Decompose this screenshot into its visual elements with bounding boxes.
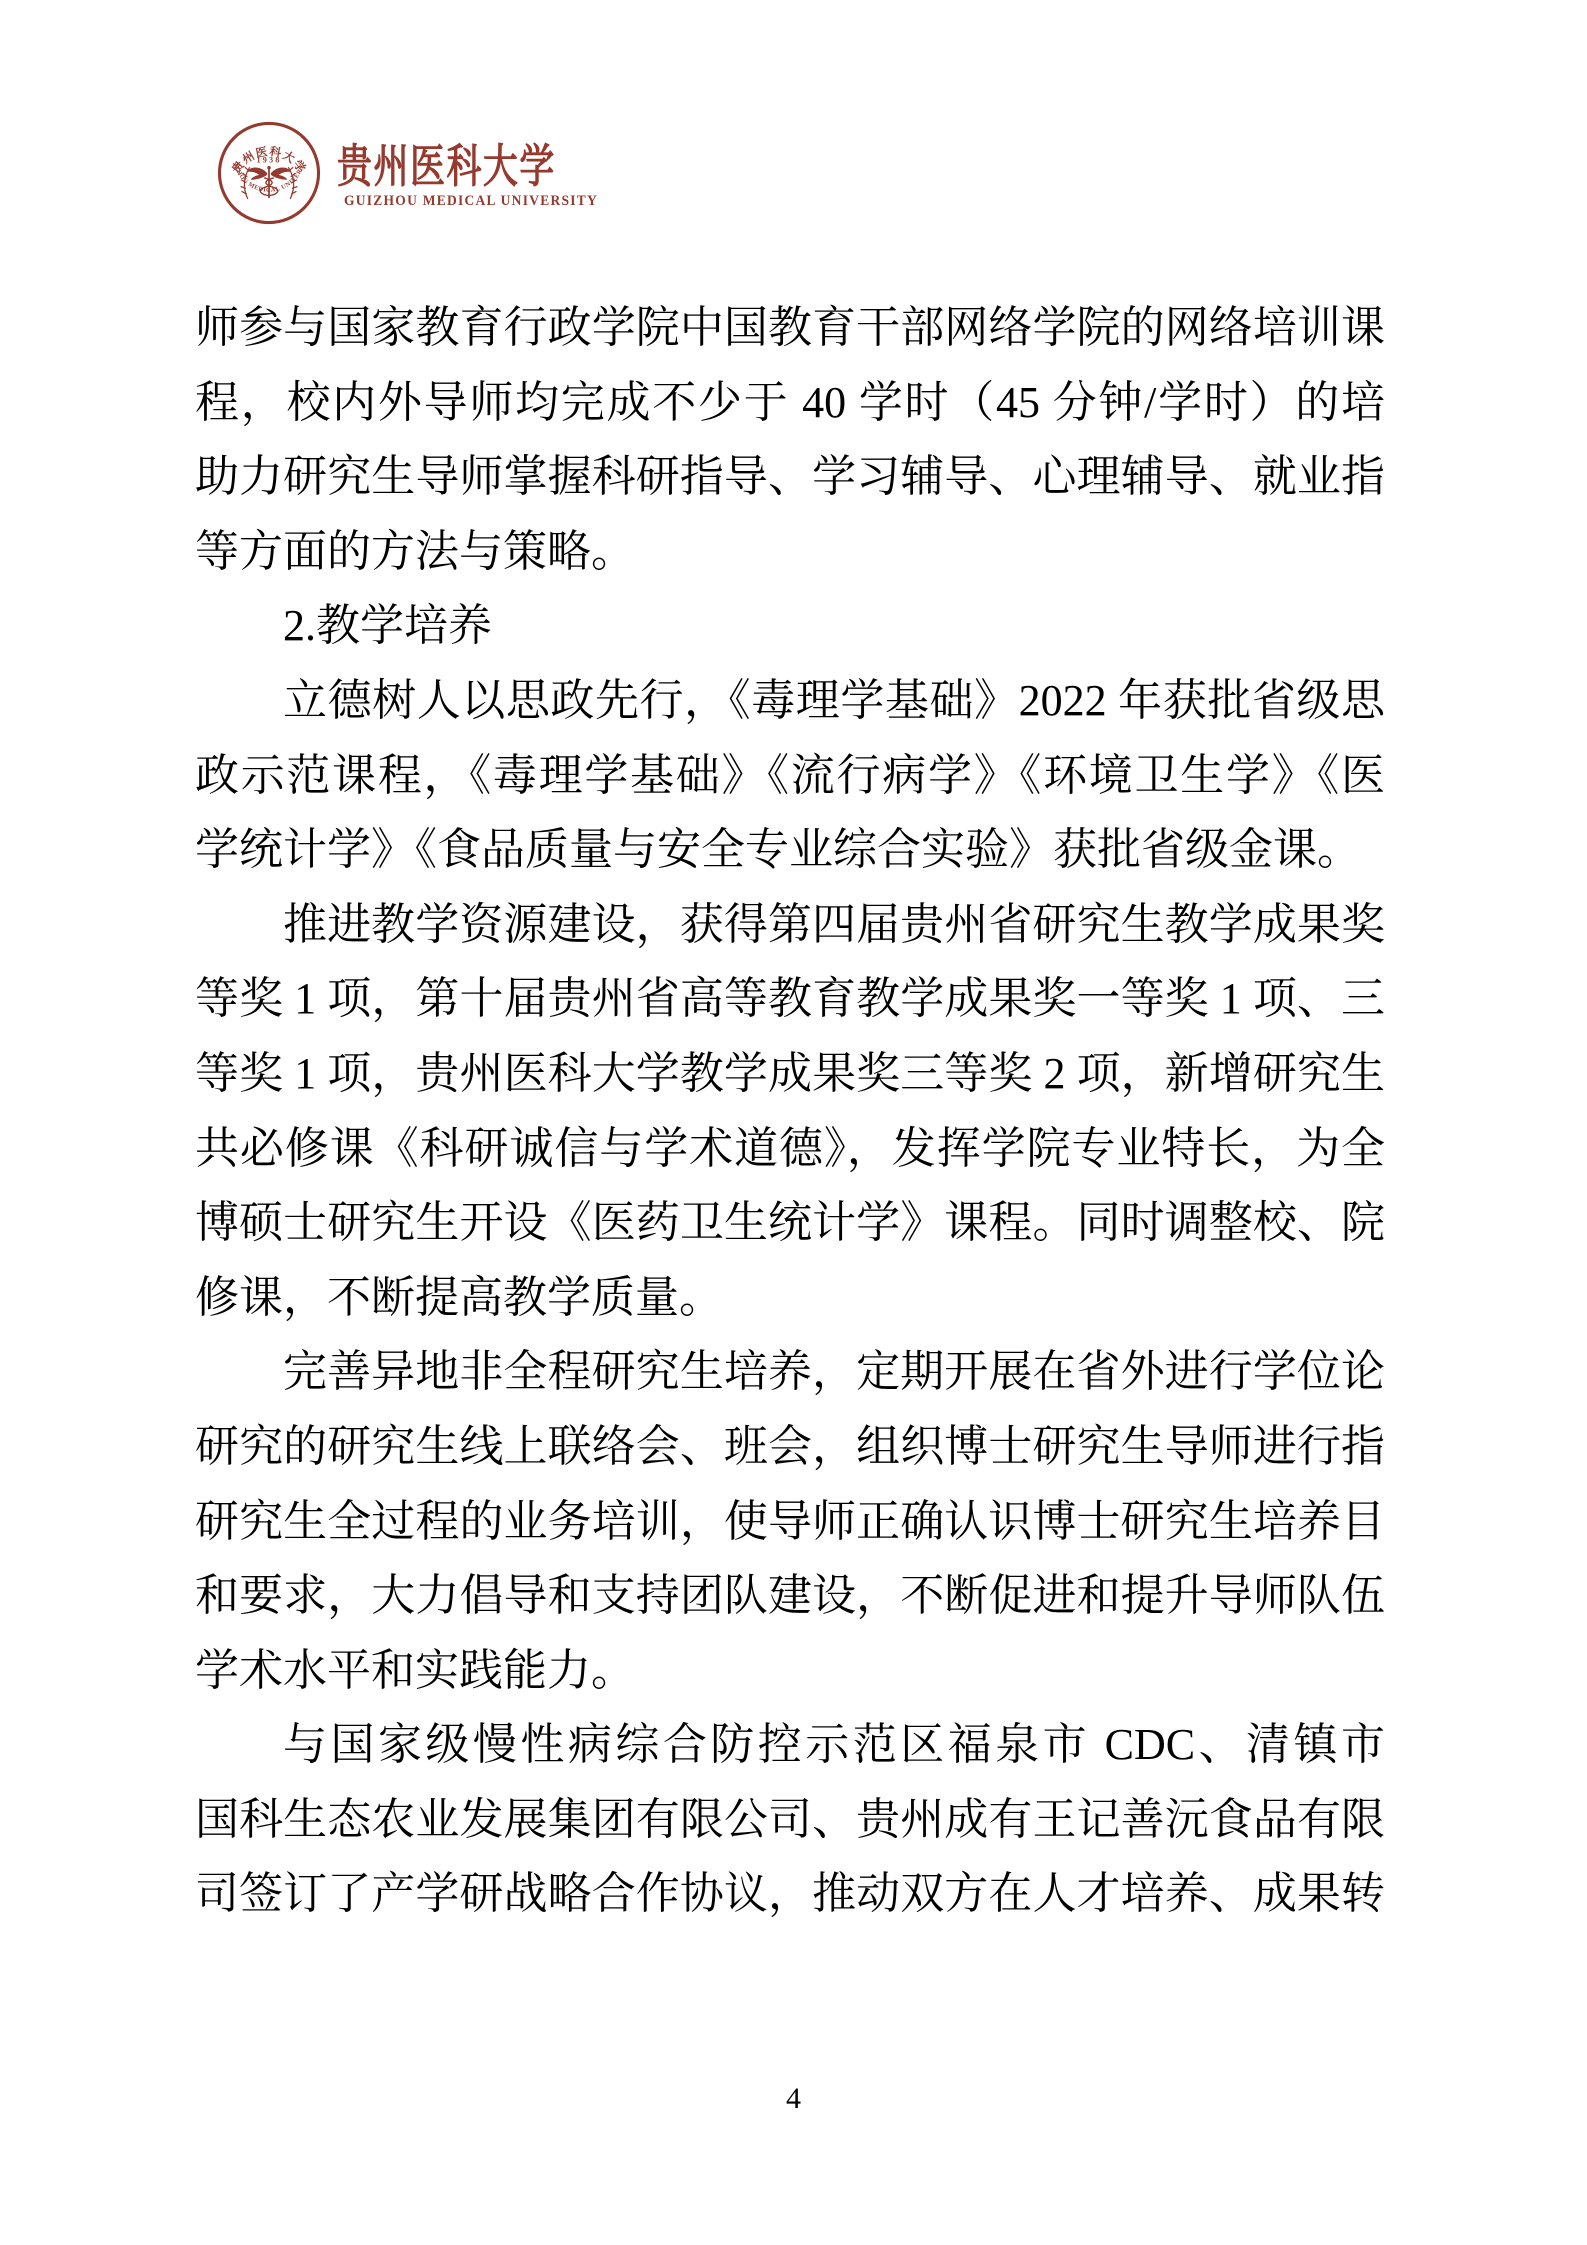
text-line: 司签订了产学研战略合作协议，推动双方在人才培养、成果转化	[195, 1857, 1385, 1932]
document-body: 师参与国家教育行政学院中国教育干部网络学院的网络培训课 程，校内外导师均完成不少…	[195, 291, 1385, 1932]
text-line: 立德树人以思政先行，《毒理学基础》2022 年获批省级思	[195, 664, 1385, 739]
text-line: 研究的研究生线上联络会、班会，组织博士研究生导师进行指导	[195, 1410, 1385, 1485]
text-line: 博硕士研究生开设《医药卫生统计学》课程。同时调整校、院选	[195, 1186, 1385, 1261]
text-line: 助力研究生导师掌握科研指导、学习辅导、心理辅导、就业指导	[195, 440, 1385, 515]
section-heading: 2.教学培养	[195, 589, 1385, 664]
text-line: 修课，不断提高教学质量。	[195, 1261, 1385, 1336]
text-line: 研究生全过程的业务培训，使导师正确认识博士研究生培养目标	[195, 1485, 1385, 1560]
text-line: 学术水平和实践能力。	[195, 1634, 1385, 1709]
text-line: 学统计学》《食品质量与安全专业综合实验》获批省级金课。	[195, 813, 1385, 888]
seal-year-text: 1938	[257, 155, 282, 164]
page-number: 4	[0, 2082, 1587, 2116]
text-line: 师参与国家教育行政学院中国教育干部网络学院的网络培训课	[195, 291, 1385, 366]
text-line: 等方面的方法与策略。	[195, 515, 1385, 590]
university-name-zh: 贵州医科大学	[337, 130, 556, 196]
text-line: 和要求，大力倡导和支持团队建设，不断促进和提升导师队伍的	[195, 1559, 1385, 1634]
university-seal-icon: 贵州医科大学 1938 GUIZHOU MEDICAL UNIVERSITY	[216, 120, 322, 226]
document-page: 贵州医科大学 1938 GUIZHOU MEDICAL UNIVERSITY 贵…	[0, 0, 1587, 2245]
text-line: 共必修课《科研诚信与学术道德》，发挥学院专业特长，为全校	[195, 1112, 1385, 1187]
text-line: 等奖 1 项，贵州医科大学教学成果奖三等奖 2 项，新增研究生公	[195, 1037, 1385, 1112]
text-line: 完善异地非全程研究生培养，定期开展在省外进行学位论文	[195, 1335, 1385, 1410]
text-line: 国科生态农业发展集团有限公司、贵州成有王记善沅食品有限公	[195, 1783, 1385, 1858]
text-line: 政示范课程，《毒理学基础》《流行病学》《环境卫生学》《医	[195, 739, 1385, 814]
text-line: 与国家级慢性病综合防控示范区福泉市 CDC、清镇市 CDC 及	[195, 1708, 1385, 1783]
text-line: 等奖 1 项，第十届贵州省高等教育教学成果奖一等奖 1 项、三	[195, 962, 1385, 1037]
caduceus-icon	[247, 166, 291, 198]
text-line: 推进教学资源建设，获得第四届贵州省研究生教学成果奖特	[195, 888, 1385, 963]
university-name-en: GUIZHOU MEDICAL UNIVERSITY	[344, 193, 598, 210]
text-line: 程，校内外导师均完成不少于 40 学时（45 分钟/学时）的培训，	[195, 366, 1385, 441]
